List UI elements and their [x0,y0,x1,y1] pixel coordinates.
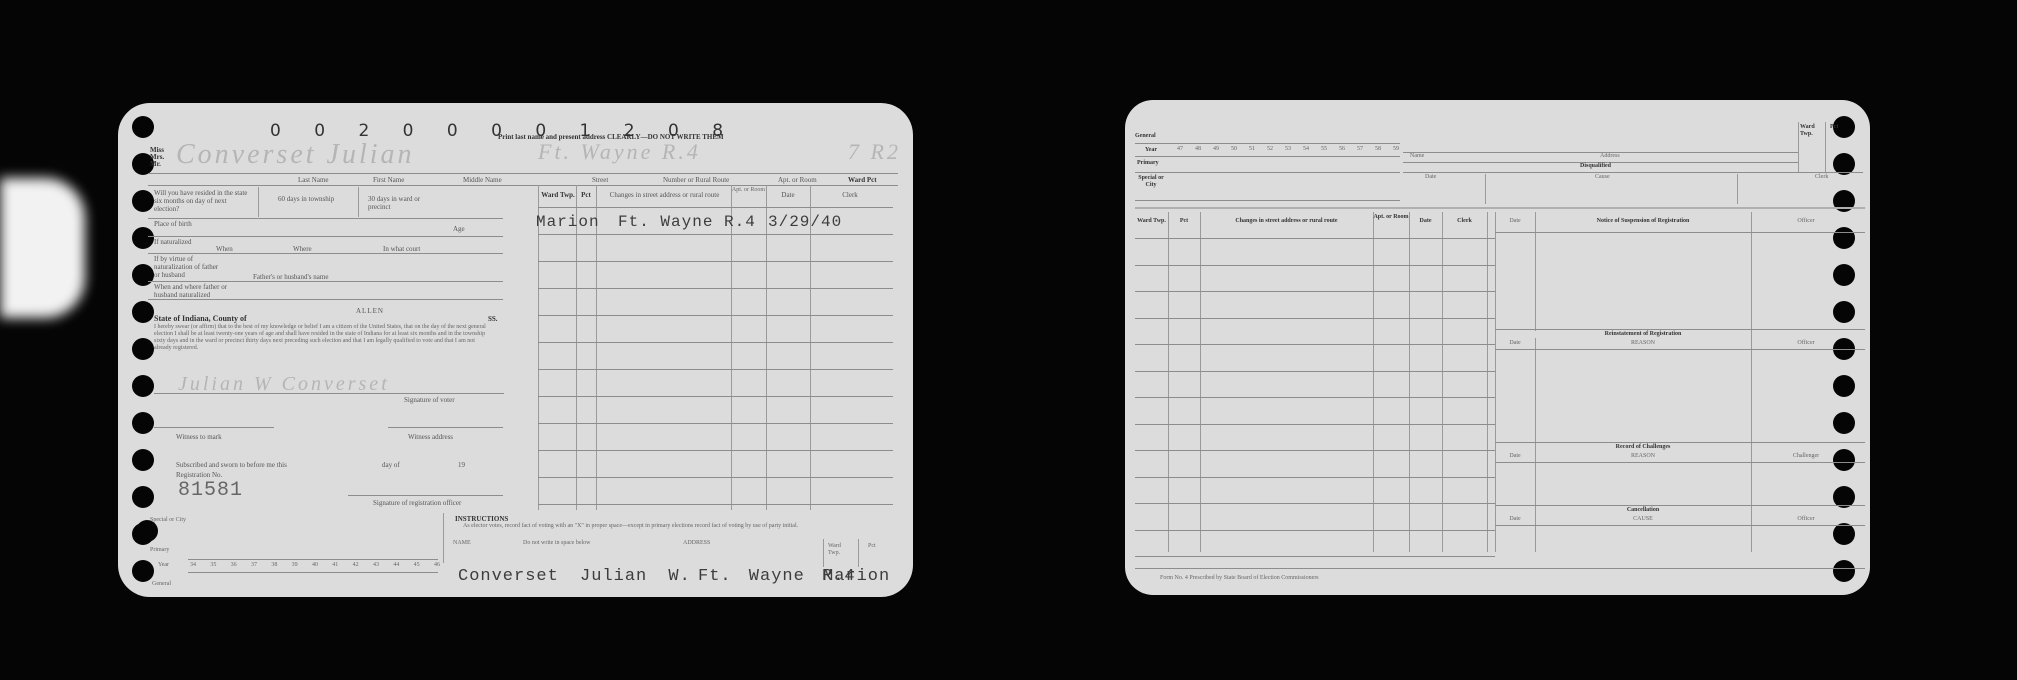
year-cell: 35 [210,562,216,569]
suspension-title: Notice of Suspension of Registration [1535,218,1751,225]
handwritten-address: Ft. Wayne R.4 [538,139,701,165]
typed-name: Converset Julian W. [458,567,691,586]
punch-hole [132,486,154,508]
year-cell: 36 [231,562,237,569]
year-cell: 53 [1285,146,1291,153]
instructions-text: As elector votes, record fact of voting … [463,523,863,530]
year-cell: 42 [353,562,359,569]
apt-label: Apt. or Room [778,176,817,184]
ward-twp-label: Ward Twp. [828,543,848,557]
col-change: Changes in street address or rural route [598,191,731,199]
status-sections: Date Notice of Suspension of Registratio… [1495,212,1865,552]
handwritten-ward: 7 R2 [848,139,901,165]
year-row: 47484950515253545556575859 [1177,146,1399,153]
change-address: Ft. Wayne R.4 [618,213,756,231]
registration-card-back: General Year Primary Special or City 474… [1125,100,1870,595]
virtue-label: If by virtue of naturalization of father… [154,255,224,279]
col-pct: Pct [576,191,596,199]
naturalized-label: If naturalized [154,238,194,246]
change-date: 3/29/40 [768,213,842,231]
year-cell: 50 [1231,146,1237,153]
year-cell: 47 [1177,146,1183,153]
punch-hole [132,449,154,471]
punch-hole [132,338,154,360]
punch-hole [132,116,154,138]
pct-label: Pct [1830,124,1838,131]
where-label: Where [293,245,312,253]
county: ALLEN [356,307,384,315]
year-cell: 38 [271,562,277,569]
do-not-write-label: Do not write in space below [523,540,590,547]
state-label: State of Indiana, County of [154,315,247,323]
disq-clerk-label: Clerk [1815,174,1828,181]
ward-days-label: 30 days in ward or precinct [368,195,438,211]
year-cell: 57 [1357,146,1363,153]
ss-label: SS. [488,315,498,323]
ward-twp-label: Ward Twp. [1800,124,1822,138]
name-label: Name [1410,153,1424,160]
court-label: In what court [383,245,420,253]
instructions-title: INSTRUCTIONS [455,515,508,523]
disq-cause-label: Cause [1595,174,1610,181]
year-cell: 51 [1249,146,1255,153]
year-cell: 44 [393,562,399,569]
handwritten-name: Converset Julian [176,139,415,171]
father-name-label: Father's or husband's name [253,273,328,281]
col-clerk: Clerk [810,191,890,199]
year-row: 34353637383940414243444546 [190,562,440,569]
election-grid-front: Special or City Primary Year General 343… [148,515,438,593]
title-labels: MissMrs.Mr. [150,147,164,168]
middle-name-label: Middle Name [463,176,502,184]
punch-hole [1833,560,1855,582]
witness-address-label: Witness address [408,433,453,441]
year-cell: 56 [1339,146,1345,153]
reinstatement-title: Reinstatement of Registration [1535,331,1751,338]
when-label: When [216,245,233,253]
ward-pct-label: Ward Pct [848,176,877,184]
address-label: ADDRESS [683,540,710,547]
street-label: Street [592,176,608,184]
day-of-label: day of [382,461,400,469]
registration-no-label: Registration No. [176,471,222,479]
signature-label: Signature of voter [404,396,455,404]
birth-label: Place of birth [154,220,194,228]
name-label: NAME [453,540,471,547]
col-apt: Apt. or Room [731,187,766,194]
year-cell: 55 [1321,146,1327,153]
change-ward: Marion [536,213,600,231]
address-changes-table: Ward Twp. Pct Changes in street address … [538,185,893,510]
route-label: Number or Rural Route [663,176,729,184]
year-cell: 59 [1393,146,1399,153]
year-cell: 37 [251,562,257,569]
first-name-label: First Name [373,176,404,184]
year-cell: 34 [190,562,196,569]
last-name-label: Last Name [298,176,329,184]
typed-ward: Marion [823,567,890,586]
subscribed-label: Subscribed and sworn to before me this [176,461,287,469]
residency-question: Will you have resided in the state six m… [154,189,249,213]
year-cell: 54 [1303,146,1309,153]
punch-hole [132,375,154,397]
cancellation-title: Cancellation [1535,507,1751,514]
election-grid-back: General Year Primary Special or City 474… [1135,125,1400,205]
punch-hole [132,301,154,323]
witness-label: Witness to mark [176,433,222,441]
year-cell: 43 [373,562,379,569]
oath-text: I hereby swear (or affirm) that to the b… [154,324,494,352]
punch-hole [132,264,154,286]
address-changes-table: Ward Twp. Pct Changes in street address … [1135,212,1495,552]
year-cell: 49 [1213,146,1219,153]
year-cell: 46 [434,562,440,569]
punch-hole [132,412,154,434]
father-when-label: When and where father or husband natural… [154,283,234,299]
age-label: Age [453,225,465,233]
year-cell: 41 [332,562,338,569]
year-cell: 40 [312,562,318,569]
punch-hole [132,227,154,249]
registration-card-front: 0 0 2 0 0 0 0 1 2 0 8 Print last name an… [118,103,913,597]
year-cell: 52 [1267,146,1273,153]
officer-signature-label: Signature of registration officer [373,499,461,507]
col-ward: Ward Twp. [540,191,576,199]
registration-number: 81581 [178,479,243,502]
form-footer: Form No. 4 Prescribed by State Board of … [1160,575,1319,582]
year-cell: 58 [1375,146,1381,153]
year-cell: 39 [292,562,298,569]
punch-hole [132,190,154,212]
year-cell: 48 [1195,146,1201,153]
disqualified-label: Disqualified [1580,163,1611,170]
township-label: 60 days in township [278,195,348,203]
year-prefix: 19 [458,461,465,469]
col-date: Date [766,191,810,199]
pct-label: Pct [868,543,876,550]
address-label: Address [1600,153,1620,160]
disq-date-label: Date [1425,174,1436,181]
light-glare [0,178,85,318]
challenges-title: Record of Challenges [1535,444,1751,451]
year-cell: 45 [414,562,420,569]
